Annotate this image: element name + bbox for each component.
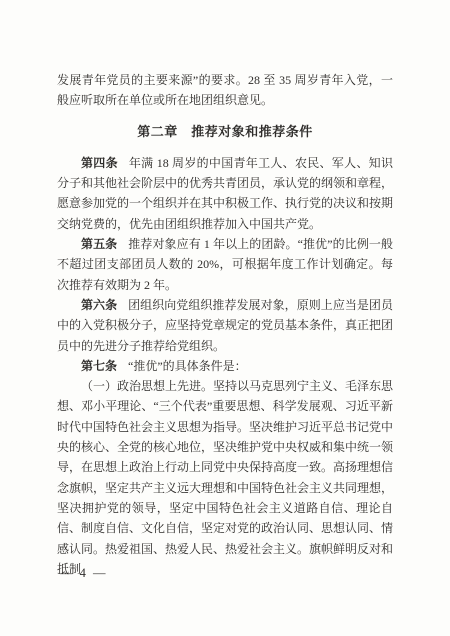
article-number-7: 第七条 bbox=[81, 359, 117, 373]
page-number: — 4 — bbox=[60, 563, 108, 583]
paragraph-article-6: 第六条团组织向党组织推荐发展对象，原则上应当是团员中的入党积极分子，应坚持党章规… bbox=[57, 295, 393, 356]
paragraph-text: （一）政治思想上先进。坚持以马克思列宁主义、毛泽东思想、邓小平理论、“三个代表”… bbox=[57, 379, 393, 576]
article-number-5: 第五条 bbox=[81, 237, 117, 251]
paragraph-text: “推优”的具体条件是： bbox=[128, 359, 247, 373]
paragraph-text: 发展青年党员的主要来源”的要求。28 至 35 周岁青年入党，一般应听取所在单位… bbox=[57, 73, 393, 107]
article-number-4: 第四条 bbox=[81, 156, 118, 170]
paragraph-article-7: 第七条“推优”的具体条件是： bbox=[57, 356, 393, 376]
paragraph-item-1: （一）政治思想上先进。坚持以马克思列宁主义、毛泽东思想、邓小平理论、“三个代表”… bbox=[57, 376, 393, 579]
document-body: 发展青年党员的主要来源”的要求。28 至 35 周岁青年入党，一般应听取所在单位… bbox=[57, 70, 393, 579]
chapter-heading: 第二章 推荐对象和推荐条件 bbox=[57, 122, 393, 142]
article-number-6: 第六条 bbox=[81, 298, 117, 312]
paragraph-continuation: 发展青年党员的主要来源”的要求。28 至 35 周岁青年入党，一般应听取所在单位… bbox=[57, 70, 393, 111]
document-page: 发展青年党员的主要来源”的要求。28 至 35 周岁青年入党，一般应听取所在单位… bbox=[0, 0, 450, 636]
paragraph-article-5: 第五条推荐对象应有 1 年以上的团龄。“推优”的比例一般不超过团支部团员人数的 … bbox=[57, 234, 393, 295]
paragraph-article-4: 第四条年满 18 周岁的中国青年工人、农民、军人、知识分子和其他社会阶层中的优秀… bbox=[57, 153, 393, 234]
